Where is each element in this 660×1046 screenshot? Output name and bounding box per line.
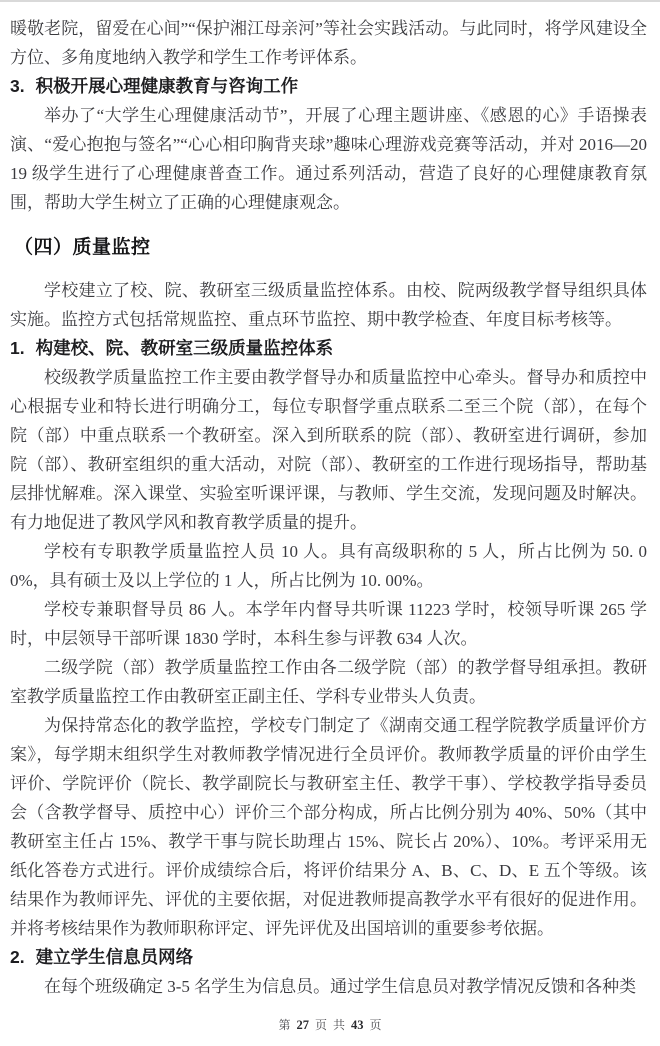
paragraph-continued: 暖敬老院，留爱在心间”“保护湘江母亲河”等社会实践活动。与此同时，将学风建设全方…	[10, 14, 647, 72]
paragraph-informants: 在每个班级确定 3-5 名学生为信息员。通过学生信息员对教学情况反馈和各种类	[10, 972, 647, 1001]
heading-title: 积极开展心理健康教育与咨询工作	[36, 76, 299, 96]
heading-number: 1.	[10, 334, 25, 363]
footer-total-pages: 43	[351, 1018, 364, 1032]
paragraph-evaluation-scheme: 为保持常态化的教学监控，学校专门制定了《湖南交通工程学院教学质量评价方案》，每学…	[10, 711, 647, 943]
heading-number: 3.	[10, 72, 25, 101]
heading-number: 2.	[10, 943, 25, 972]
footer-page-label: 页	[315, 1018, 327, 1032]
heading-three-level-system: 1.构建校、院、教研室三级质量监控体系	[10, 334, 647, 363]
heading-title: 构建校、院、教研室三级质量监控体系	[36, 338, 334, 358]
heading-title: 建立学生信息员网络	[36, 947, 194, 967]
paragraph-psych-activities: 举办了“大学生心理健康活动节”，开展了心理主题讲座、《感恩的心》手语操表演、“爱…	[10, 101, 647, 217]
footer-total-label: 共	[333, 1018, 345, 1032]
section-heading-quality-monitoring: （四）质量监控	[14, 233, 647, 263]
paragraph-monitoring-staff: 学校有专职教学质量监控人员 10 人。具有高级职称的 5 人，所占比例为 50.…	[10, 537, 647, 595]
heading-student-informants: 2.建立学生信息员网络	[10, 943, 647, 972]
heading-psych-education: 3.积极开展心理健康教育与咨询工作	[10, 72, 647, 101]
paragraph-school-level-monitoring: 校级教学质量监控工作主要由教学督导办和质量监控中心牵头。督导办和质控中心根据专业…	[10, 363, 647, 537]
paragraph-secondary-colleges: 二级学院（部）教学质量监控工作由各二级学院（部）的教学督导组承担。教研室教学质量…	[10, 653, 647, 711]
footer-page-number: 27	[296, 1018, 309, 1032]
footer-suffix: 页	[370, 1018, 382, 1032]
document-content: 暖敬老院，留爱在心间”“保护湘江母亲河”等社会实践活动。与此同时，将学风建设全方…	[0, 2, 660, 1001]
paragraph-supervisors: 学校专兼职督导员 86 人。本学年内督导共听课 11223 学时，校领导听课 2…	[10, 595, 647, 653]
footer-prefix: 第	[278, 1018, 290, 1032]
paragraph-monitoring-system: 学校建立了校、院、教研室三级质量监控体系。由校、院两级教学督导组织具体实施。监控…	[10, 276, 647, 334]
page-footer: 第27页共43页	[0, 1016, 660, 1034]
document-page: 暖敬老院，留爱在心间”“保护湘江母亲河”等社会实践活动。与此同时，将学风建设全方…	[0, 0, 660, 1046]
